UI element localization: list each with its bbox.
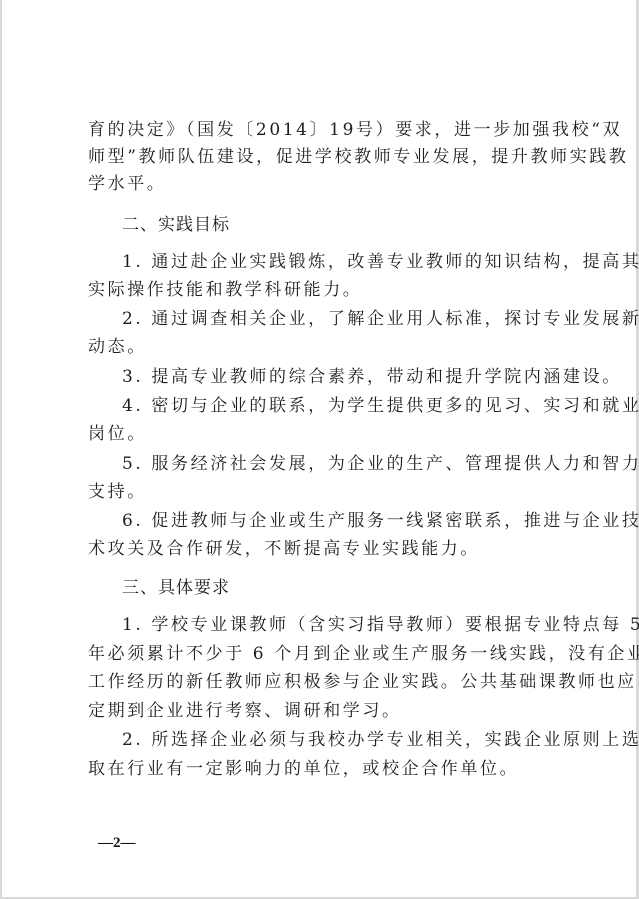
goal-item-line: 3. 提高专业教师的综合素养，带动和提升学院内涵建设。	[122, 367, 558, 387]
page-number: —2—	[98, 834, 136, 852]
goal-item-line: 岗位。	[88, 424, 558, 444]
requirement-item-line: 取在行业有一定影响力的单位，或校企合作单位。	[88, 759, 558, 779]
goal-item-line: 支持。	[88, 482, 558, 502]
goal-item-line: 动态。	[88, 337, 558, 357]
document-page: 育的决定》（国发〔2014〕19号）要求，进一步加强我校“双 师型”教师队伍建设…	[2, 0, 636, 897]
section-heading-requirements: 三、具体要求	[122, 578, 230, 598]
requirement-item-line: 2. 所选择企业必须与我校办学专业相关，实践企业原则上选	[122, 730, 558, 750]
requirement-item-line: 1. 学校专业课教师（含实习指导教师）要根据专业特点每 5	[122, 615, 558, 635]
goal-item-line: 术攻关及合作研发，不断提高专业实践能力。	[88, 539, 558, 559]
section-heading-goals: 二、实践目标	[122, 215, 230, 235]
goal-item-line: 5. 服务经济社会发展，为企业的生产、管理提供人力和智力	[122, 454, 558, 474]
requirement-item-line: 定期到企业进行考察、调研和学习。	[88, 701, 558, 721]
intro-line: 学水平。	[88, 174, 558, 194]
goal-item-line: 6. 促进教师与企业或生产服务一线紧密联系，推进与企业技	[122, 511, 558, 531]
intro-line: 师型”教师队伍建设，促进学校教师专业发展，提升教师实践教	[88, 147, 558, 167]
goal-item-line: 2. 通过调查相关企业，了解企业用人标准，探讨专业发展新	[122, 309, 558, 329]
requirement-item-line: 年必须累计不少于 6 个月到企业或生产服务一线实践，没有企业	[88, 644, 558, 664]
goal-item-line: 实际操作技能和教学科研能力。	[88, 280, 558, 300]
intro-line: 育的决定》（国发〔2014〕19号）要求，进一步加强我校“双	[88, 120, 558, 140]
goal-item-line: 1. 通过赴企业实践锻炼，改善专业教师的知识结构，提高其	[122, 252, 558, 272]
requirement-item-line: 工作经历的新任教师应积极参与企业实践。公共基础课教师也应	[88, 672, 558, 692]
goal-item-line: 4. 密切与企业的联系，为学生提供更多的见习、实习和就业	[122, 396, 558, 416]
